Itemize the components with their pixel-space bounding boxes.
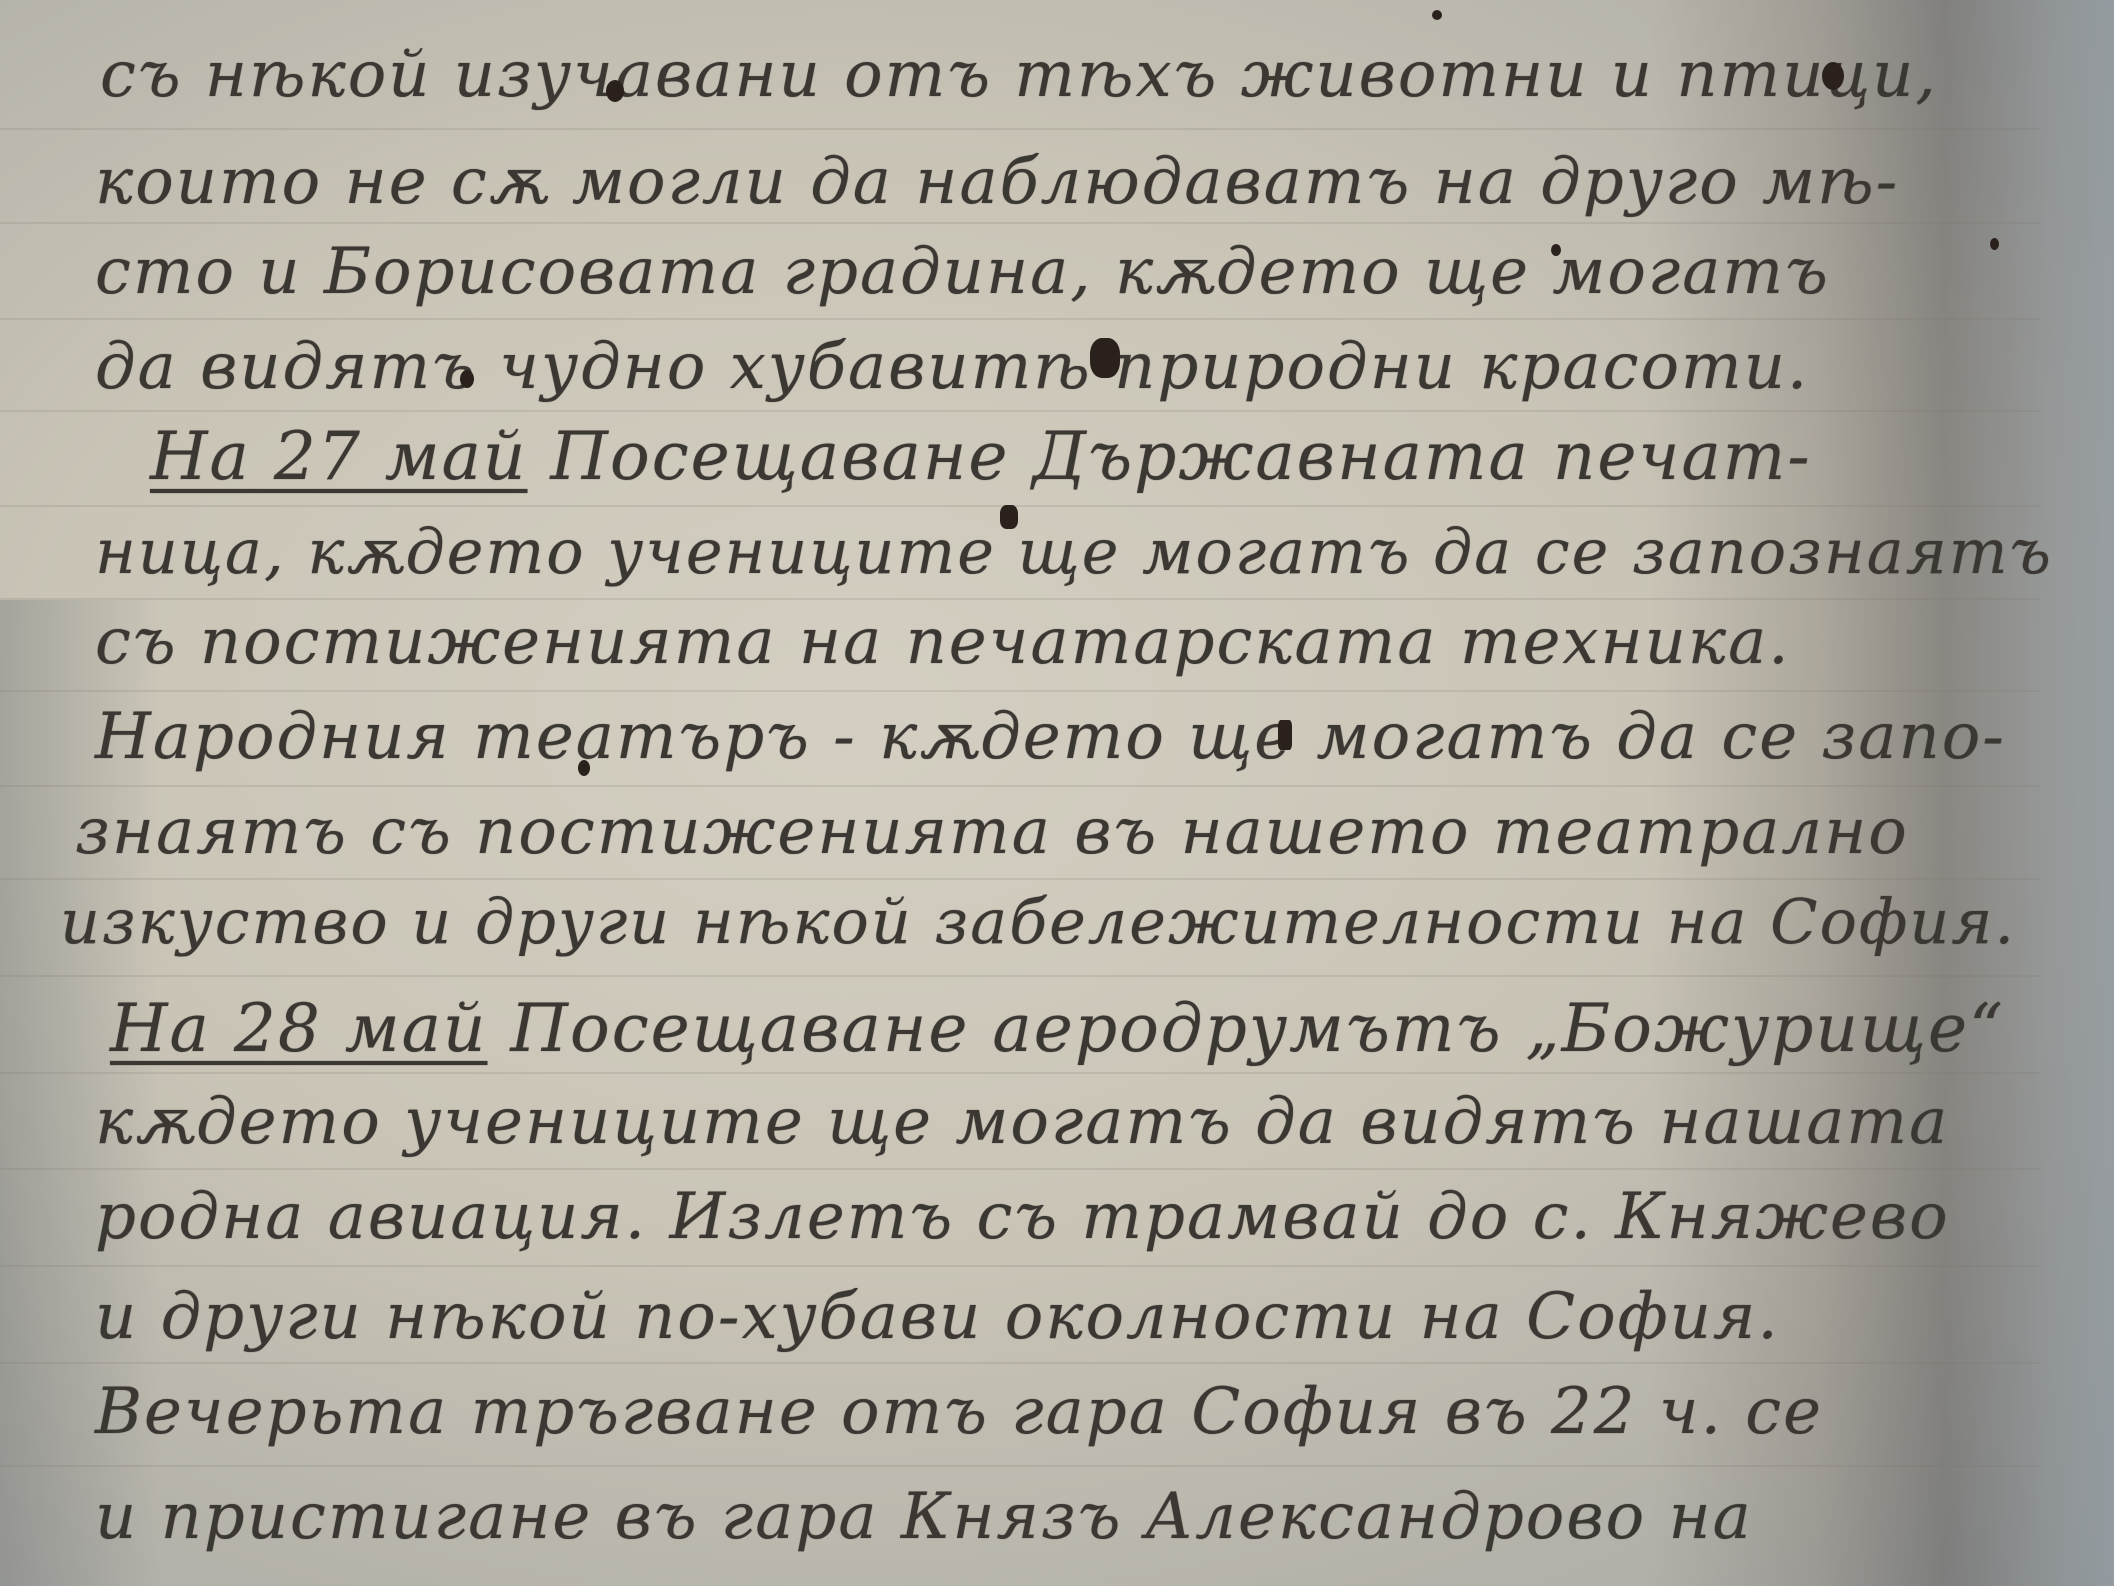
line-text: Народния театъръ - кѫдето ще могатъ да с… — [95, 700, 2006, 774]
ink-blot — [1551, 244, 1561, 256]
line-text: които не сѫ могли да наблюдаватъ на друг… — [95, 145, 1899, 219]
ruled-line — [0, 975, 2040, 977]
text-line: знаятъ съ постиженията въ нашето театрал… — [75, 795, 1909, 869]
text-line: сто и Борисовата градина, кѫдето ще мога… — [95, 235, 1830, 309]
ruled-line — [0, 505, 2040, 507]
text-line: Народния театъръ - кѫдето ще могатъ да с… — [95, 700, 2006, 774]
ruled-line — [0, 318, 2040, 320]
ink-blot — [1432, 10, 1442, 20]
ink-blot — [1990, 238, 1999, 250]
line-text: да видятъ чудно хубавитѣ природни красот… — [95, 330, 1809, 404]
ruled-line — [0, 878, 2040, 880]
text-line: и други нѣкой по-хубави околности на Соф… — [95, 1280, 1780, 1354]
line-text: знаятъ съ постиженията въ нашето театрал… — [75, 795, 1909, 869]
line-text: Посещаване аеродрумътъ „Божурище“ — [487, 990, 2004, 1067]
ink-blot — [460, 370, 474, 388]
text-line: ница, кѫдето учениците ще могатъ да се з… — [95, 515, 2053, 588]
line-text: сто и Борисовата градина, кѫдето ще мога… — [95, 235, 1830, 309]
ruled-line — [0, 128, 2040, 130]
text-line: изкуство и други нѣкой забележителности … — [60, 885, 2016, 958]
ruled-line — [0, 785, 2040, 787]
text-line: На 28 май Посещаване аеродрумътъ „Божури… — [110, 990, 2005, 1067]
line-text: изкуство и други нѣкой забележителности … — [60, 885, 2016, 958]
text-line: На 27 май Посещаване Държавната печат- — [150, 418, 1812, 495]
ruled-line — [0, 598, 2040, 600]
line-text: съ нѣкой изучавани отъ тѣхъ животни и пт… — [100, 38, 1938, 112]
ruled-line — [0, 1465, 2040, 1467]
handwritten-letter-photo: съ нѣкой изучавани отъ тѣхъ животни и пт… — [0, 0, 2114, 1586]
ink-blot — [578, 760, 590, 776]
text-line: Вечерьта тръгване отъ гара София въ 22 ч… — [95, 1375, 1823, 1449]
text-line: кѫдето учениците ще могатъ да видятъ наш… — [95, 1085, 1949, 1159]
ruled-line — [0, 690, 2040, 692]
ruled-line — [0, 1168, 2040, 1170]
date-heading: На 28 май — [110, 990, 487, 1067]
ink-blot — [1822, 62, 1844, 90]
line-text: кѫдето учениците ще могатъ да видятъ наш… — [95, 1085, 1949, 1159]
text-line: съ постиженията на печатарската техника. — [95, 605, 1791, 679]
ink-blot — [606, 80, 624, 102]
line-text: Вечерьта тръгване отъ гара София въ 22 ч… — [95, 1375, 1823, 1449]
text-line: родна авиация. Излетъ съ трамвай до с. К… — [95, 1180, 1950, 1254]
line-text: родна авиация. Излетъ съ трамвай до с. К… — [95, 1180, 1950, 1254]
ink-blot — [1278, 720, 1292, 750]
line-text: ница, кѫдето учениците ще могатъ да се з… — [95, 515, 2053, 588]
ruled-line — [0, 1265, 2040, 1267]
line-text: и други нѣкой по-хубави околности на Соф… — [95, 1280, 1780, 1354]
ruled-line — [0, 410, 2040, 412]
ruled-line — [0, 1362, 2040, 1364]
line-text: съ постиженията на печатарската техника. — [95, 605, 1791, 679]
line-text: Посещаване Държавната печат- — [527, 418, 1811, 495]
ruled-line — [0, 1072, 2040, 1074]
text-line: които не сѫ могли да наблюдаватъ на друг… — [95, 145, 1899, 219]
ink-blot — [1000, 505, 1018, 529]
text-line: и пристигане въ гара Князъ Александрово … — [95, 1480, 1753, 1554]
text-line: да видятъ чудно хубавитѣ природни красот… — [95, 330, 1809, 404]
date-heading: На 27 май — [150, 418, 527, 495]
ruled-line — [0, 222, 2040, 224]
ink-blot — [1090, 338, 1120, 378]
line-text: и пристигане въ гара Князъ Александрово … — [95, 1480, 1753, 1554]
text-line: съ нѣкой изучавани отъ тѣхъ животни и пт… — [100, 38, 1938, 112]
